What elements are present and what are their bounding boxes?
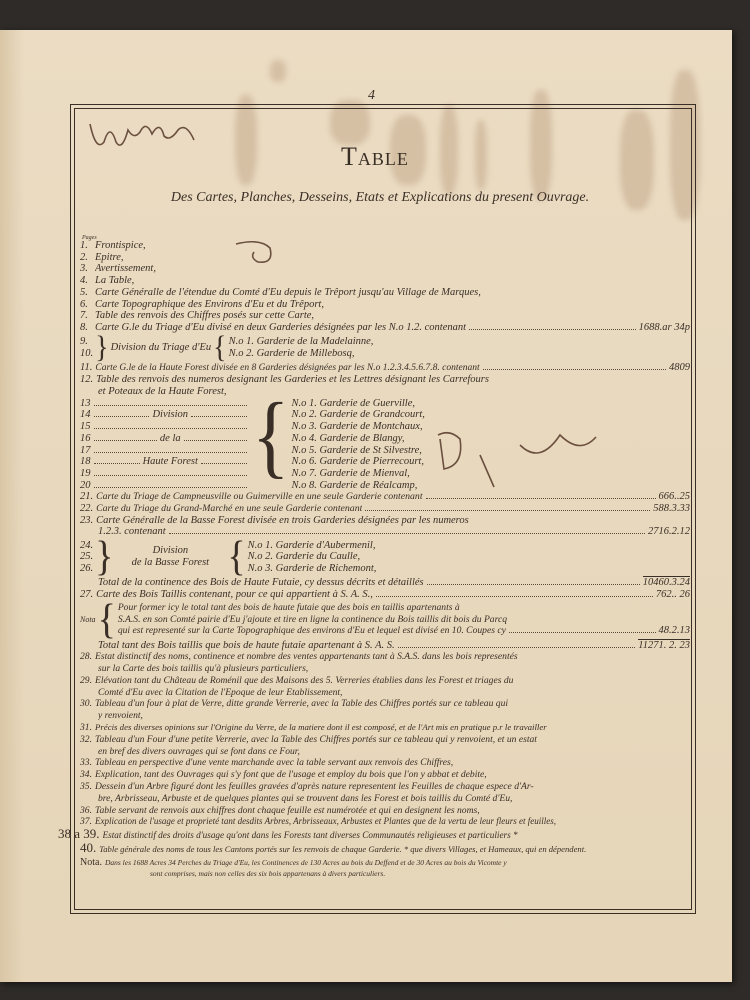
leader-dots [94, 475, 248, 476]
toc-entry: 23.Carte Généralle de la Basse Forest di… [80, 515, 690, 527]
table-of-contents: 1.Frontispice, 2.Epitre, 3.Avertissement… [80, 240, 690, 878]
brace-glyph: { [252, 388, 289, 500]
division-row: 19 [80, 468, 250, 480]
entry-number: 14 [80, 409, 91, 421]
entry-text: Table servant de renvois aux chiffres do… [95, 805, 480, 817]
page-gutter-shadow [0, 30, 24, 982]
entry-text: Epitre, [95, 252, 123, 264]
toc-entry: 4.La Table, [80, 275, 690, 287]
entry-number: 35. [80, 781, 92, 793]
leader-dots [94, 416, 150, 417]
entry-value: 762.. 26 [656, 589, 690, 601]
entry-text: Carte Topographique des Environs d'Eu et… [95, 299, 324, 311]
footnote: Nota.Dans les 1688 Acres 34 Perches du T… [80, 857, 690, 878]
toc-entry: 36.Table servant de renvois aux chiffres… [80, 805, 690, 817]
entry-text: Carte Généralle de l'étendue du Comté d'… [95, 287, 481, 299]
leader-dots [426, 498, 656, 499]
entry-number: 15 [80, 421, 91, 433]
leader-dots [398, 647, 636, 648]
toc-entry: 21.Carte du Triage de Campneusville ou G… [80, 491, 690, 503]
entry-number: 20 [80, 480, 91, 492]
brace-glyph: } [95, 536, 113, 578]
entry-text: en bref des divers ouvrages qui se font … [98, 746, 300, 758]
division-row: 16de la [80, 433, 250, 445]
entry-value: 4809 [669, 362, 690, 374]
garderie-item: N.o 3. Garderie de Richemont, [248, 563, 377, 575]
leader-dots [427, 584, 640, 585]
toc-entry: 33.Tableau en perspective d'une vente ma… [80, 757, 690, 769]
nota-value: 48.2.13 [659, 625, 691, 637]
entry-number: 17 [80, 445, 91, 457]
entry-text: Tableau d'un four à plat de Verre, ditte… [95, 698, 508, 710]
footnote-text: sont comprises, mais non celles des six … [150, 869, 385, 878]
entry-number: 2. [80, 252, 92, 264]
entry-number: 25. [80, 551, 93, 563]
toc-entry-continuation: y renvoient, [80, 710, 690, 722]
toc-entry: 29.Elévation tant du Château de Roménil … [80, 675, 690, 687]
basse-forest-division: 24.25.26. } Divisionde la Basse Forest {… [80, 538, 690, 576]
entry-number: 29. [80, 675, 92, 687]
toc-entry: 31.Précis des diverses opinions sur l'Or… [80, 722, 690, 734]
entry-number: 10. [80, 348, 93, 360]
division-label: Division du Triage d'Eu [111, 342, 212, 354]
leader-dots [509, 632, 656, 633]
entry-text: Carte G.le du Triage d'Eu divisé en deux… [95, 322, 466, 334]
water-stain [270, 60, 286, 82]
leader-dots [94, 440, 157, 441]
entry-number: 27. [80, 589, 93, 601]
brace-glyph: { [98, 599, 116, 641]
garderie-item: N.o 5. Garderie de St Silvestre, [291, 445, 424, 457]
entry-number: 1. [80, 240, 92, 252]
entry-number: 33. [80, 757, 92, 769]
toc-entry: 22.Carte du Triage du Grand-Marché en un… [80, 503, 690, 515]
entry-text: Elévation tant du Château de Roménil que… [95, 675, 513, 687]
entry-number: 28. [80, 651, 92, 663]
entry-number: 13 [80, 398, 91, 410]
entry-value: 588.3.33 [653, 503, 690, 515]
entry-text: Précis des diverses opinions sur l'Origi… [95, 722, 547, 734]
entry-text: Tableau d'un Four d'une petite Verrerie,… [95, 734, 537, 746]
entry-number: 8. [80, 322, 92, 334]
entry-text: bre, Arbrisseau, Arbuste et de quelques … [98, 793, 512, 805]
entry-text: Explication, tant des Ouvrages qui s'y f… [95, 769, 487, 781]
total-text: Total de la continence des Bois de Haute… [98, 577, 424, 589]
entry-text: Estat distinctif des noms, continence et… [95, 651, 518, 663]
garderie-item: N.o 2. Garderie de Grandcourt, [291, 409, 424, 421]
entry-number: 4. [80, 275, 92, 287]
nota-line: qui est representé sur la Carte Topograp… [118, 625, 506, 637]
page-subtitle: Des Cartes, Planches, Desseins, Etats et… [80, 190, 680, 206]
toc-entry-continuation: sur la Carte des bois taillis qu'à plusi… [80, 663, 690, 675]
toc-entry: 7.Table des renvois des Chiffres posés s… [80, 310, 690, 322]
toc-entry-continuation: 1.2.3. contenant2716.2.12 [80, 526, 690, 538]
entry-number: 34. [80, 769, 92, 781]
garderie-item: N.o 2. Garderie du Caulle, [248, 551, 377, 563]
entry-number: 36. [80, 805, 92, 817]
brace-glyph: { [227, 536, 245, 578]
division-label: de la Basse Forest [115, 557, 225, 569]
nota-line: Pour former icy le total tant des bois d… [118, 602, 690, 614]
leader-dots [94, 487, 248, 488]
entry-text: y renvoient, [98, 710, 143, 722]
entry-number: 23. [80, 515, 93, 527]
total-text: Total tant des Bois taillis que bois de … [98, 640, 395, 652]
entry-text: et Poteaux de la Haute Forest, [98, 386, 227, 398]
grand-total-value: 11271. 2. 23 [638, 639, 690, 652]
entry-number: 7. [80, 310, 92, 322]
entry-number: 31. [80, 722, 92, 734]
haute-forest-division: 13 14Division 15 16de la 17 18Haute Fore… [80, 398, 690, 492]
entry-value: 1688.ar 34p [639, 322, 690, 334]
entry-text: Table des renvois des Chiffres posés sur… [95, 310, 314, 322]
entry-text: sur la Carte des bois taillis qu'à plusi… [98, 663, 308, 675]
toc-entry: 34.Explication, tant des Ouvrages qui s'… [80, 769, 690, 781]
entry-text: Table des renvois des numeros designant … [96, 374, 489, 386]
page-number: 4 [368, 88, 375, 104]
entry-number: 19 [80, 468, 91, 480]
footnote-label: Nota. [80, 857, 102, 869]
entry-text: Comté d'Eu avec la Citation de l'Epoque … [98, 687, 342, 699]
toc-entry: 3.Avertissement, [80, 263, 690, 275]
garderie-item: N.o 1. Garderie de Guerville, [291, 398, 424, 410]
division-row: 15 [80, 421, 250, 433]
division-row: 17 [80, 445, 250, 457]
entry-number: 5. [80, 287, 92, 299]
leader-dots [483, 369, 666, 370]
toc-entry-continuation: Comté d'Eu avec la Citation de l'Epoque … [80, 687, 690, 699]
nota-label: Nota [80, 614, 96, 626]
footnote-text: Dans les 1688 Acres 34 Perches du Triage… [105, 858, 507, 867]
toc-entry: 40.Table générale des noms de tous les C… [80, 842, 690, 856]
toc-entry: 27.Carte des Bois Taillis contenant, pou… [80, 589, 690, 601]
toc-entry: 28.Estat distinctif des noms, continence… [80, 651, 690, 663]
page-title: Table [0, 142, 750, 172]
leader-dots [94, 405, 248, 406]
entry-number: 24. [80, 540, 93, 552]
garderie-item: N.o 7. Garderie de Mienval, [291, 468, 424, 480]
triage-eu-division: 9.10. } Division du Triage d'Eu { N.o 1.… [80, 334, 690, 362]
toc-entry: 5.Carte Généralle de l'étendue du Comté … [80, 287, 690, 299]
entry-text: Carte du Triage du Grand-Marché en une s… [96, 503, 362, 515]
leader-dots [365, 510, 650, 511]
entry-text: Frontispice, [95, 240, 146, 252]
toc-entry: 12.Table des renvois des numeros designa… [80, 374, 690, 386]
entry-text: Dessein d'un Arbre figuré dont les feuil… [95, 781, 534, 793]
entry-number: 6. [80, 299, 92, 311]
toc-entry: 6.Carte Topographique des Environs d'Eu … [80, 299, 690, 311]
entry-text: Explication de l'usage et proprieté tant… [95, 816, 556, 828]
nota-line: S.A.S. en son Comté pairie d'Eu j'ajoute… [118, 614, 690, 626]
leader-dots [94, 428, 248, 429]
toc-entry: 37.Explication de l'usage et proprieté t… [80, 816, 690, 828]
brace-glyph: { [213, 332, 226, 363]
toc-entry-continuation: bre, Arbrisseau, Arbuste et de quelques … [80, 793, 690, 805]
entry-value: 666..25 [659, 491, 691, 503]
garderie-item: N.o 6. Garderie de Pierrecourt, [291, 456, 424, 468]
leader-dots [191, 416, 247, 417]
entry-number: 26. [80, 563, 93, 575]
toc-entry: 8.Carte G.le du Triage d'Eu divisé en de… [80, 322, 690, 334]
entry-number: 18 [80, 456, 91, 468]
entry-text: Table générale des noms de tous les Cant… [99, 844, 586, 856]
entry-text: Carte Généralle de la Basse Forest divis… [96, 515, 469, 527]
leader-dots [94, 463, 140, 464]
toc-entry: 32.Tableau d'un Four d'une petite Verrer… [80, 734, 690, 746]
leader-dots [376, 596, 653, 597]
garderie-item: N.o 1. Garderie d'Aubermenil, [248, 540, 377, 552]
division-label: Division [115, 545, 225, 557]
garderie-item: N.o 1. Garderie de la Madelainne, [229, 336, 374, 348]
toc-entry: 35.Dessein d'un Arbre figuré dont les fe… [80, 781, 690, 793]
toc-entry: 1.Frontispice, [80, 240, 690, 252]
garderie-item: N.o 2. Garderie de Millebosq, [229, 348, 374, 360]
garderie-item: N.o 3. Garderie de Montchaux, [291, 421, 424, 433]
leader-dots [201, 463, 247, 464]
division-row: 13 [80, 398, 250, 410]
entry-number: 21. [80, 491, 93, 503]
division-row: 14Division [80, 409, 250, 421]
entry-number: 12. [80, 374, 93, 386]
entry-number: 30. [80, 698, 92, 710]
division-row: 18Haute Forest [80, 456, 250, 468]
entry-number: 16 [80, 433, 91, 445]
brace-glyph: } [95, 332, 108, 363]
division-label: de la [160, 433, 181, 445]
division-row: 20 [80, 480, 250, 492]
garderie-item: N.o 4. Garderie de Blangy, [291, 433, 424, 445]
entry-number: 3. [80, 263, 92, 275]
entry-number: 9. [80, 336, 93, 348]
entry-number: 32. [80, 734, 92, 746]
total-haute-futaie: Total de la continence des Bois de Haute… [80, 576, 690, 589]
entry-text: Avertissement, [95, 263, 156, 275]
grand-total: Total tant des Bois taillis que bois de … [80, 639, 690, 652]
toc-entry: 11.Carte G.le de la Haute Forest divisée… [80, 362, 690, 375]
leader-dots [469, 329, 636, 330]
garderie-item: N.o 8. Garderie de Réalcamp, [291, 480, 424, 492]
entry-text: Tableau en perspective d'une vente march… [95, 757, 453, 769]
toc-entry-continuation: et Poteaux de la Haute Forest, [80, 386, 690, 398]
leader-dots [184, 440, 247, 441]
division-label: Haute Forest [143, 456, 198, 468]
total-value: 10460.3.24 [643, 576, 690, 589]
entry-value: 2716.2.12 [648, 526, 690, 538]
entry-number: 40. [80, 842, 96, 854]
toc-entry: 38 a 39.Estat distinctif des droits d'us… [58, 828, 690, 842]
entry-number: 22. [80, 503, 93, 515]
entry-text: Estat distinctif des droits d'usage qu'o… [103, 830, 518, 842]
toc-entry: 2.Epitre, [80, 252, 690, 264]
division-label: Division [152, 409, 188, 421]
entry-text: Carte des Bois Taillis contenant, pour c… [96, 589, 373, 601]
toc-entry-continuation: en bref des divers ouvrages qui se font … [80, 746, 690, 758]
entry-text: Carte G.le de la Haute Forest divisée en… [95, 363, 479, 375]
entry-number: 11. [80, 362, 92, 374]
leader-dots [94, 452, 248, 453]
nota-block: Nota { Pour former icy le total tant des… [80, 601, 690, 639]
entry-text: La Table, [95, 275, 134, 287]
entry-number: 38 a 39. [58, 828, 100, 840]
toc-entry: 30.Tableau d'un four à plat de Verre, di… [80, 698, 690, 710]
